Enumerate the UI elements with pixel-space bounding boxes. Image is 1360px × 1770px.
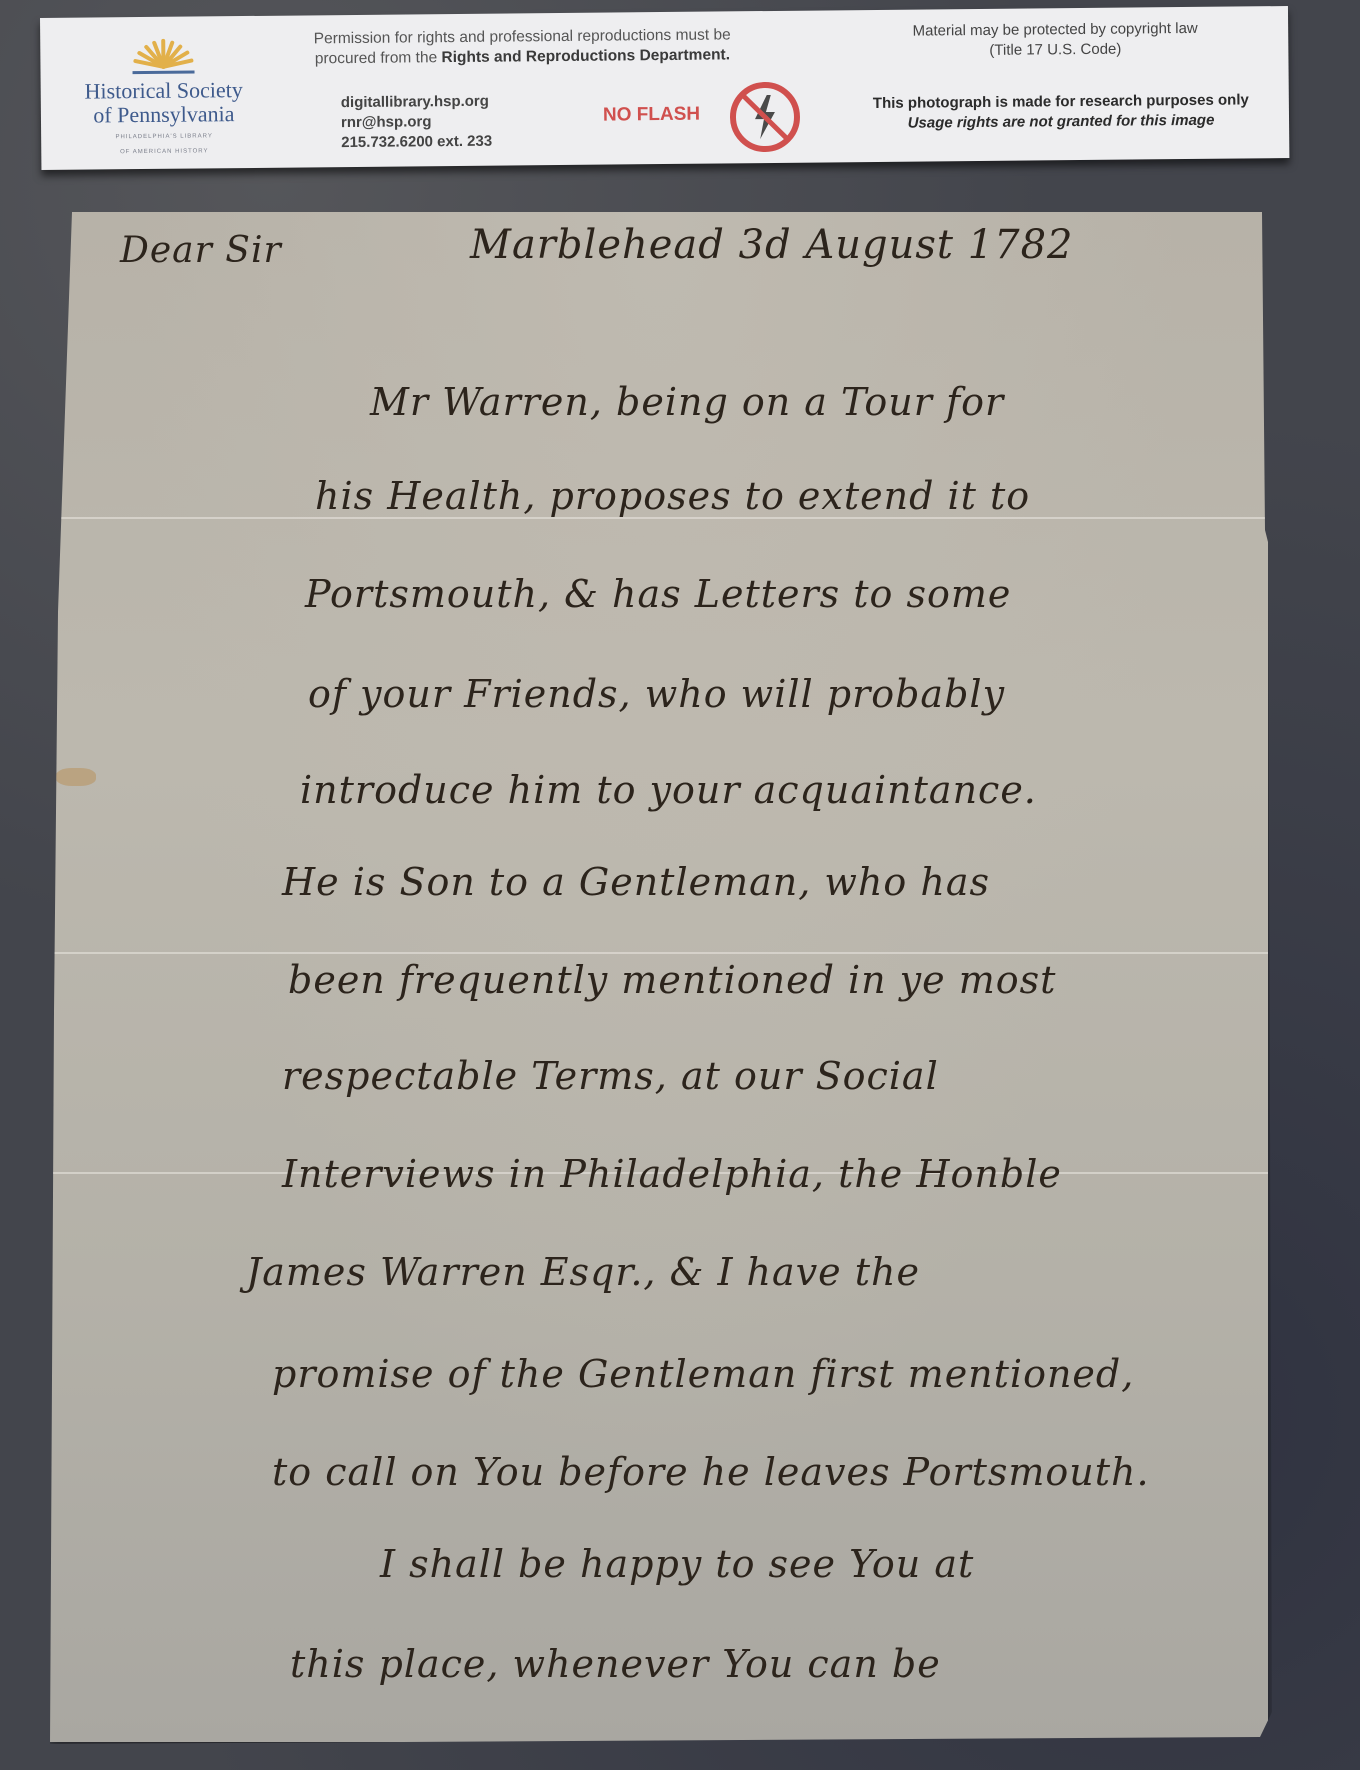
copyright-line1: Material may be protected by copyright l… xyxy=(860,18,1250,42)
letter-line: He is Son to a Gentleman, who has xyxy=(282,860,990,904)
email-link[interactable]: rnr@hsp.org xyxy=(341,112,492,133)
letter-line: Interviews in Philadelphia, the Honble xyxy=(282,1152,1062,1196)
letter-line: been frequently mentioned in ye most xyxy=(288,958,1056,1002)
rights-department-name: Rights and Reproductions Department. xyxy=(441,46,730,66)
letter-line: of your Friends, who will probably xyxy=(308,672,1005,716)
permission-line2: procured from the Rights and Reproductio… xyxy=(262,45,782,70)
letter-line: respectable Terms, at our Social xyxy=(282,1054,939,1098)
permission-line2-prefix: procured from the xyxy=(315,49,442,67)
phone-number: 215.732.6200 ext. 233 xyxy=(341,132,492,153)
logo-tagline-line1: PHILADELPHIA'S LIBRARY xyxy=(59,132,269,143)
hsp-notice-banner: Historical Society of Pennsylvania PHILA… xyxy=(40,6,1289,170)
letter-line: this place, whenever You can be xyxy=(290,1642,941,1686)
usage-rights-text: Usage rights are not granted for this im… xyxy=(908,112,1215,132)
research-notice: This photograph is made for research pur… xyxy=(841,90,1281,134)
sunrise-book-icon xyxy=(118,36,208,79)
copyright-notice: Material may be protected by copyright l… xyxy=(860,18,1250,62)
letter-place-date: Marblehead 3d August 1782 xyxy=(470,222,1074,268)
paper-stain xyxy=(56,768,96,786)
letter-line: to call on You before he leaves Portsmou… xyxy=(272,1450,1150,1494)
letter-line: his Health, proposes to extend it to xyxy=(315,474,1030,518)
copyright-line2: (Title 17 U.S. Code) xyxy=(860,38,1250,62)
handwritten-letter: Dear Sir Marblehead 3d August 1782 Mr Wa… xyxy=(50,212,1268,1742)
research-line1: This photograph is made for research pur… xyxy=(841,90,1281,114)
no-flash-icon xyxy=(727,79,804,156)
contact-info: digitallibrary.hsp.org rnr@hsp.org 215.7… xyxy=(341,92,493,153)
letter-line: Portsmouth, & has Letters to some xyxy=(305,572,1011,616)
letter-line: James Warren Esqr., & I have the xyxy=(246,1250,920,1294)
letter-line: promise of the Gentleman first mentioned… xyxy=(272,1352,1134,1396)
letter-line: Mr Warren, being on a Tour for xyxy=(370,380,1004,424)
letter-line: introduce him to your acquaintance. xyxy=(300,768,1037,812)
letter-line: I shall be happy to see You at xyxy=(380,1542,974,1586)
hsp-logo: Historical Society of Pennsylvania PHILA… xyxy=(58,36,269,158)
logo-name-line1: Historical Society xyxy=(59,78,269,104)
paper-fold-line xyxy=(50,952,1268,954)
logo-name-line2: of Pennsylvania xyxy=(59,102,269,128)
research-line2: Usage rights are not granted for this im… xyxy=(841,110,1281,134)
letter-salutation: Dear Sir xyxy=(120,230,282,271)
logo-tagline-line2: OF AMERICAN HISTORY xyxy=(59,147,269,158)
website-link[interactable]: digitallibrary.hsp.org xyxy=(341,92,492,113)
permission-notice: Permission for rights and professional r… xyxy=(262,25,782,70)
no-flash-label: NO FLASH xyxy=(603,104,700,127)
